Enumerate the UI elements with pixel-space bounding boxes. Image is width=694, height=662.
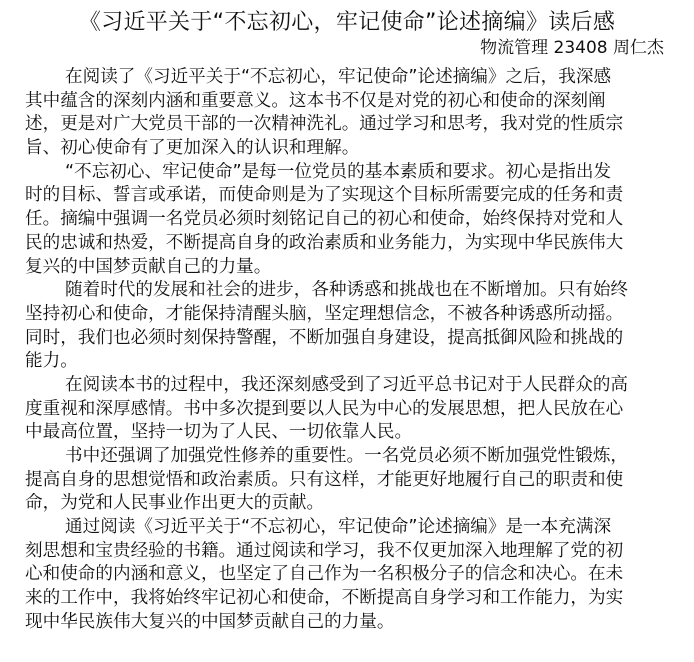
text-line: “不忘初心、牢记使命”是每一位党员的基本素质和要求。初心是指出发 [25, 161, 665, 185]
text-line: 随着时代的发展和社会的进步，各种诱惑和挑战也在不断增加。只有始终 [25, 279, 665, 303]
text-line: 命，为党和人民事业作出更大的贡献。 [25, 492, 665, 516]
text-line: 提高自身的思想觉悟和政治素质。只有这样，才能更好地履行自己的职责和使 [25, 469, 665, 493]
text-line: 来的工作中，我将始终牢记初心和使命，不断提高自身学习和工作能力，为实 [25, 587, 665, 611]
text-line: 在阅读了《习近平关于“不忘初心，牢记使命”论述摘编》之后，我深感 [25, 66, 665, 90]
text-line: 现中华民族伟大复兴的中国梦贡献自己的力量。 [25, 611, 665, 635]
text-line: 其中蕴含的深刻内涵和重要意义。这本书不仅是对党的初心和使命的深刻阐 [25, 90, 665, 114]
paragraph-3: 随着时代的发展和社会的进步，各种诱惑和挑战也在不断增加。只有始终 坚持初心和使命… [25, 279, 665, 374]
paragraph-2: “不忘初心、牢记使命”是每一位党员的基本素质和要求。初心是指出发 时的目标、誓言… [25, 161, 665, 279]
text-line: 任。摘编中强调一名党员必须时刻铭记自己的初心和使命，始终保持对党和人 [25, 208, 665, 232]
text-line: 通过阅读《习近平关于“不忘初心，牢记使命”论述摘编》是一本充满深 [25, 516, 665, 540]
text-line: 坚持初心和使命，才能保持清醒头脑，坚定理想信念，不被各种诱惑所动摇。 [25, 303, 665, 327]
paragraph-6: 通过阅读《习近平关于“不忘初心，牢记使命”论述摘编》是一本充满深 刻思想和宝贵经… [25, 516, 665, 634]
text-line: 心和使命的内涵和意义，也坚定了自己作为一名积极分子的信念和决心。在未 [25, 563, 665, 587]
document-body: 在阅读了《习近平关于“不忘初心，牢记使命”论述摘编》之后，我深感 其中蕴含的深刻… [25, 66, 665, 635]
text-line: 书中还强调了加强党性修养的重要性。一名党员必须不断加强党性锻炼， [25, 445, 665, 469]
paragraph-5: 书中还强调了加强党性修养的重要性。一名党员必须不断加强党性锻炼， 提高自身的思想… [25, 445, 665, 516]
text-line: 同时，我们也必须时刻保持警醒，不断加强自身建设，提高抵御风险和挑战的 [25, 327, 665, 351]
text-line: 时的目标、誓言或承诺，而使命则是为了实现这个目标所需要完成的任务和责 [25, 184, 665, 208]
text-line: 在阅读本书的过程中，我还深刻感受到了习近平总书记对于人民群众的高 [25, 374, 665, 398]
paragraph-1: 在阅读了《习近平关于“不忘初心，牢记使命”论述摘编》之后，我深感 其中蕴含的深刻… [25, 66, 665, 161]
text-line: 度重视和深厚感情。书中多次提到要以人民为中心的发展思想，把人民放在心 [25, 398, 665, 422]
text-line: 能力。 [25, 350, 665, 374]
text-line: 述，更是对广大党员干部的一次精神洗礼。通过学习和思考，我对党的性质宗 [25, 113, 665, 137]
text-line: 中最高位置，坚持一切为了人民、一切依靠人民。 [25, 421, 665, 445]
paragraph-4: 在阅读本书的过程中，我还深刻感受到了习近平总书记对于人民群众的高 度重视和深厚感… [25, 374, 665, 445]
document-title: 《习近平关于“不忘初心，牢记使命”论述摘编》读后感 [0, 8, 694, 38]
author-line: 物流管理 23408 周仁杰 [480, 36, 664, 60]
text-line: 旨、初心使命有了更加深入的认识和理解。 [25, 137, 665, 161]
text-line: 复兴的中国梦贡献自己的力量。 [25, 256, 665, 280]
text-line: 刻思想和宝贵经验的书籍。通过阅读和学习，我不仅更加深入地理解了党的初 [25, 540, 665, 564]
text-line: 民的忠诚和热爱，不断提高自身的政治素质和业务能力，为实现中华民族伟大 [25, 232, 665, 256]
